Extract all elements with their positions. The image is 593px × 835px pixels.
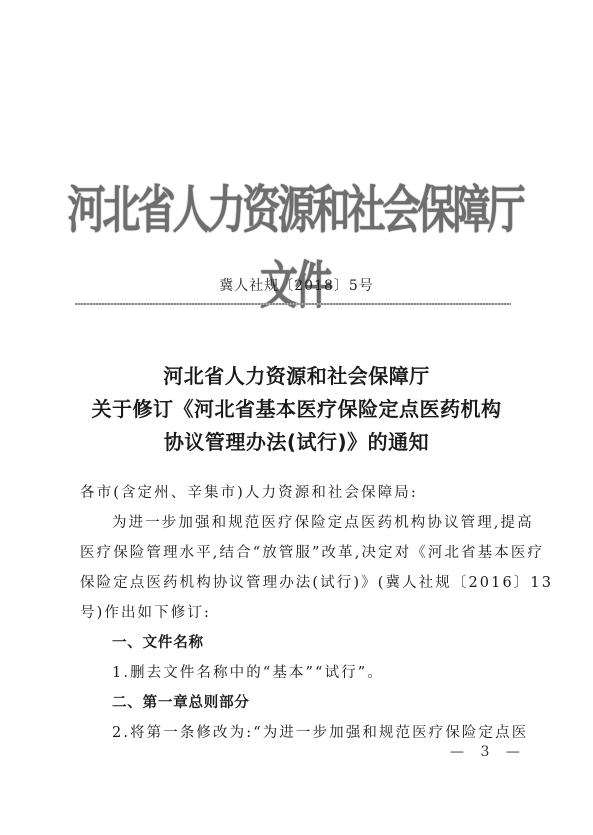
section-item: 1.删去文件名称中的“基本”“试行”。: [80, 658, 515, 688]
issuer-header: 河北省人力资源和社会保障厅文件: [60, 172, 530, 323]
document-page: 河北省人力资源和社会保障厅文件 冀人社规〔2018〕5号 河北省人力资源和社会保…: [0, 0, 593, 835]
body-paragraph-line: 为进一步加强和规范医疗保险定点医药机构协议管理,提高: [80, 508, 515, 538]
section-heading: 二、第一章总则部分: [80, 688, 515, 718]
title-line-3: 协议管理办法(试行)》的通知: [0, 426, 593, 459]
notice-title: 河北省人力资源和社会保障厅 关于修订《河北省基本医疗保险定点医药机构 协议管理办…: [0, 360, 593, 459]
body-paragraph-line: 医疗保险管理水平,结合“放管服”改革,决定对《河北省基本医疗: [80, 538, 515, 568]
salutation: 各市(含定州、辛集市)人力资源和社会保障局:: [80, 478, 515, 508]
title-line-2: 关于修订《河北省基本医疗保险定点医药机构: [0, 393, 593, 426]
header-separator-line: [75, 303, 511, 305]
section-heading: 一、文件名称: [80, 628, 515, 658]
title-line-1: 河北省人力资源和社会保障厅: [0, 360, 593, 393]
document-number: 冀人社规〔2018〕5号: [0, 276, 593, 296]
page-number: — 3 —: [450, 744, 526, 760]
body-paragraph-line: 保险定点医药机构协议管理办法(试行)》(冀人社规〔2016〕13: [80, 568, 515, 598]
body-paragraph-line: 号)作出如下修订:: [80, 598, 515, 628]
document-body: 各市(含定州、辛集市)人力资源和社会保障局: 为进一步加强和规范医疗保险定点医药…: [80, 478, 515, 748]
